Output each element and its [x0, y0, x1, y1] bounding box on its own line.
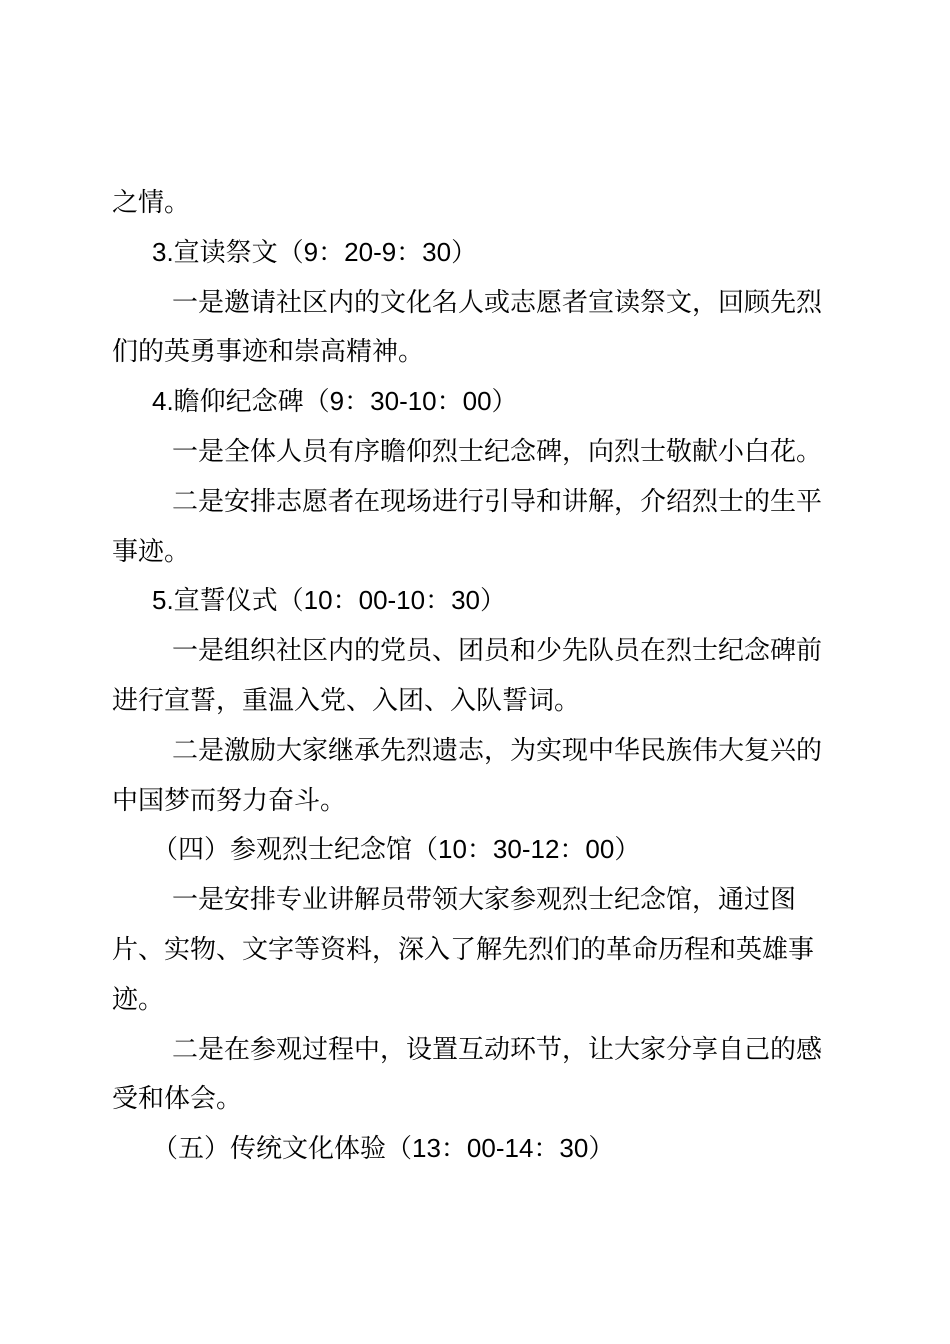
paragraph: 4.瞻仰纪念碑（9：30-10：00） — [112, 377, 834, 427]
paragraph: 一是组织社区内的党员、团员和少先队员在烈士纪念碑前进行宣誓，重温入党、入团、入队… — [112, 626, 834, 726]
paragraph: 一是全体人员有序瞻仰烈士纪念碑，向烈士敬献小白花。 — [112, 427, 834, 477]
paragraph: 一是安排专业讲解员带领大家参观烈士纪念馆，通过图片、实物、文字等资料，深入了解先… — [112, 875, 834, 1024]
paragraph: （四）参观烈士纪念馆（10：30-12：00） — [112, 825, 834, 875]
paragraph: 之情。 — [112, 178, 834, 228]
paragraph: 二是激励大家继承先烈遗志，为实现中华民族伟大复兴的中国梦而努力奋斗。 — [112, 726, 834, 826]
paragraph: 3.宣读祭文（9：20-9：30） — [112, 228, 834, 278]
paragraph: 二是在参观过程中，设置互动环节，让大家分享自己的感受和体会。 — [112, 1025, 834, 1125]
paragraph: 5.宣誓仪式（10：00-10：30） — [112, 576, 834, 626]
paragraph: （五）传统文化体验（13：00-14：30） — [112, 1124, 834, 1174]
paragraph: 一是邀请社区内的文化名人或志愿者宣读祭文，回顾先烈们的英勇事迹和崇高精神。 — [112, 278, 834, 378]
document-page: 之情。3.宣读祭文（9：20-9：30）一是邀请社区内的文化名人或志愿者宣读祭文… — [0, 0, 950, 1344]
document-text-block: 之情。3.宣读祭文（9：20-9：30）一是邀请社区内的文化名人或志愿者宣读祭文… — [0, 0, 950, 1174]
paragraph: 二是安排志愿者在现场进行引导和讲解，介绍烈士的生平事迹。 — [112, 477, 834, 577]
